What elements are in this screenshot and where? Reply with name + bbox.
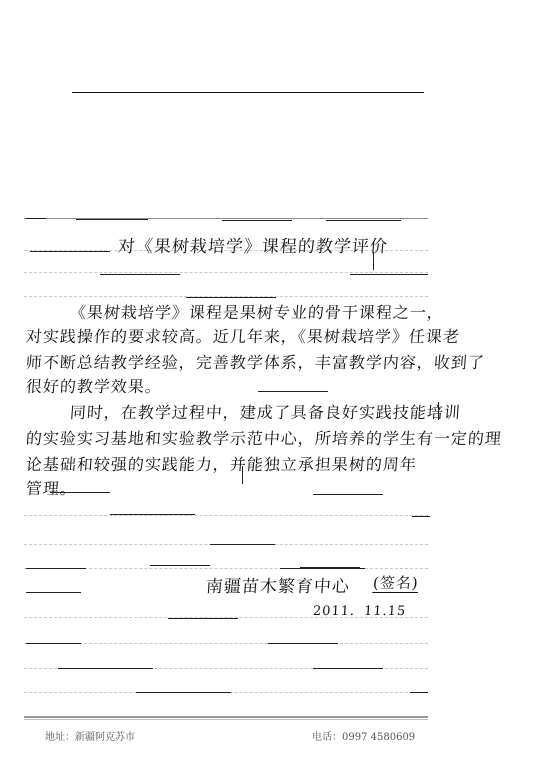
rule-segment (136, 692, 231, 693)
rule-segment (26, 592, 81, 593)
pen-stroke-mark (373, 252, 374, 270)
paragraph-2-line-3: 论基础和较强的实践能力，并能独立承担果树的周年 (25, 452, 418, 475)
rule-segment (100, 274, 180, 275)
paragraph-2-line-2: 的实验实习基地和实验教学示范中心，所培养的学生有一定的理 (25, 426, 503, 449)
ruled-line (24, 515, 428, 516)
signature-date: 2011．11.15 (312, 600, 407, 619)
rule-segment (412, 516, 430, 517)
rule-segment (280, 568, 365, 569)
rule-segment (210, 544, 275, 545)
rule-segment (222, 220, 292, 221)
rule-segment (326, 220, 401, 221)
paragraph-1-line-4: 很好的教学效果。 (25, 374, 163, 397)
rule-segment (258, 391, 328, 392)
rule-segment (26, 643, 81, 644)
footer-rule-thin (24, 719, 428, 720)
rule-segment (26, 568, 86, 569)
pen-stroke-mark (438, 402, 439, 420)
rule-segment (168, 618, 238, 619)
rule-segment (410, 692, 428, 693)
ruled-line (24, 643, 428, 644)
paragraph-1-line-2: 对实践操作的要求较高。近几年来，《果树栽培学》任课老 (25, 324, 461, 347)
handwritten-signature: (签名) (372, 572, 419, 593)
rule-segment (58, 668, 153, 669)
rule-segment (110, 514, 195, 515)
footer-phone: 电话：0997 4580609 (312, 728, 415, 743)
footer-rule (24, 716, 428, 718)
paragraph-1-line-1: 《果树栽培学》课程是果树专业的骨干课程之一， (69, 300, 445, 323)
rule-segment (313, 668, 383, 669)
rule-segment (300, 567, 360, 568)
paragraph-2-line-4: 管理。 (25, 476, 78, 499)
footer-address: 地址：新疆阿克苏市 (45, 728, 135, 743)
top-rule-line (72, 92, 424, 93)
scanned-letter-page: 对《果树栽培学》课程的教学评价 《果树栽培学》课程是果树专业的骨干课程之一， 对… (0, 0, 558, 768)
rule-segment (313, 494, 383, 495)
rule-segment (30, 251, 110, 252)
signature-organization: 南疆苗木繁育中心 (205, 572, 351, 597)
rule-segment (26, 218, 46, 219)
document-title: 对《果树栽培学》课程的教学评价 (117, 232, 389, 257)
pen-stroke-mark (242, 466, 243, 484)
rule-segment (76, 219, 148, 220)
rule-segment (150, 565, 210, 566)
rule-segment (186, 297, 276, 298)
rule-segment (350, 274, 428, 275)
ruled-line (24, 272, 428, 273)
paragraph-2-line-1: 同时，在教学过程中，建成了具备良好实践技能培训 (69, 400, 462, 423)
rule-segment (268, 643, 338, 644)
paragraph-1-line-3: 师不断总结教学经验，完善教学体系，丰富教学内容，收到了 (25, 350, 486, 373)
